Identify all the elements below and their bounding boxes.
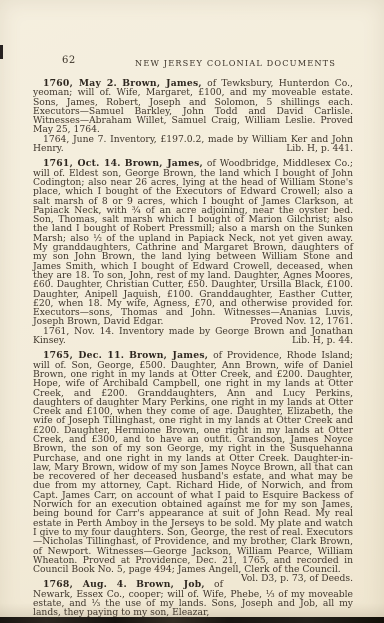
inventory-paragraph: 1761, Nov. 14. Inventory made by George … xyxy=(33,327,353,346)
scanned-book-page: 62 NEW JERSEY COLONIAL DOCUMENTS 1760, M… xyxy=(0,0,384,623)
will-entry: 1765, Dec. 11. Brown, James, of Providen… xyxy=(33,351,353,574)
entry-paragraph: 1760, May 2. Brown, James, of Tewksbury,… xyxy=(33,79,353,135)
volume-citation: Vol. D3, p. 73, of Deeds. xyxy=(223,574,353,583)
text-block: 1760, May 2. Brown, James, of Tewksbury,… xyxy=(33,79,353,623)
liber-citation: Lib. H, p. 441. xyxy=(268,144,353,153)
entry-body: of Providence, Rhode Island; will of. So… xyxy=(33,350,353,575)
inventory-paragraph: 1764, June 7. Inventory, £197.0.2, made … xyxy=(33,135,353,154)
running-header: NEW JERSEY COLONIAL DOCUMENTS xyxy=(135,58,336,68)
entry-body: of Tewksbury, Hunterdon Co., yeoman; wil… xyxy=(33,78,353,135)
page-number: 62 xyxy=(62,55,76,66)
liber-citation: Lib. H, p. 44. xyxy=(274,336,353,345)
will-entry: 1760, May 2. Brown, James, of Tewksbury,… xyxy=(33,79,353,153)
entry-body: of Woodbridge, Middlesex Co.; will of. E… xyxy=(33,158,353,327)
scan-edge-mark xyxy=(0,45,3,59)
scan-bottom-edge xyxy=(0,617,384,623)
paper-background: 62 NEW JERSEY COLONIAL DOCUMENTS 1760, M… xyxy=(0,0,384,623)
will-entry: 1761, Oct. 14. Brown, James, of Woodbrid… xyxy=(33,159,353,345)
entry-paragraph: 1765, Dec. 11. Brown, James, of Providen… xyxy=(33,351,353,574)
page-bottom-shading xyxy=(0,603,384,617)
entry-paragraph: 1761, Oct. 14. Brown, James, of Woodbrid… xyxy=(33,159,353,326)
